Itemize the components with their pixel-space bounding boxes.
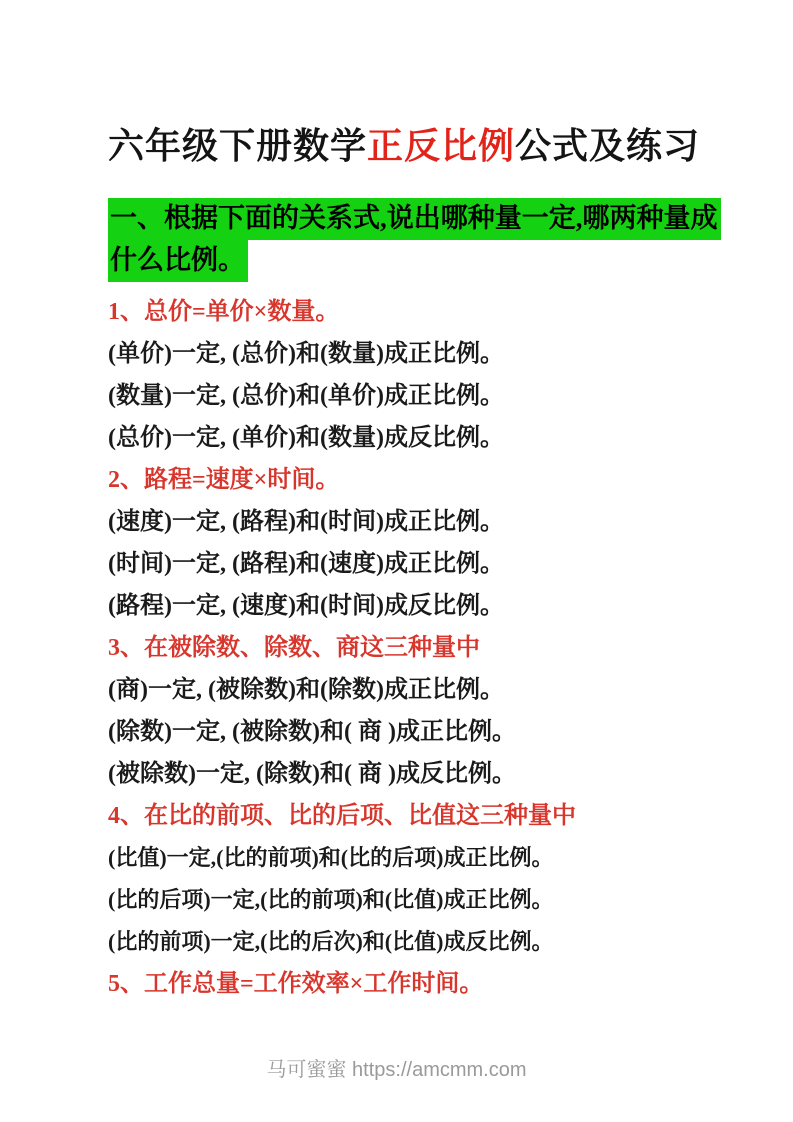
section-2-line-2: (时间)一定, (路程)和(速度)成正比例。 <box>108 543 687 585</box>
section-1-line-1: (单价)一定, (总价)和(数量)成正比例。 <box>108 333 687 375</box>
section-1-line-3: (总价)一定, (单价)和(数量)成反比例。 <box>108 417 687 459</box>
section-2-line-3: (路程)一定, (速度)和(时间)成反比例。 <box>108 585 687 627</box>
section-3-line-1: (商)一定, (被除数)和(除数)成正比例。 <box>108 669 687 711</box>
title-segment-highlight: 正反比例 <box>367 125 515 166</box>
page-title: 六年级下册数学正反比例公式及练习 <box>108 0 687 172</box>
section-1-heading: 1、总价=单价×数量。 <box>108 291 687 333</box>
section-1-line-2: (数量)一定, (总价)和(单价)成正比例。 <box>108 375 687 417</box>
title-segment-post: 公式及练习 <box>515 125 700 166</box>
section-4-line-3: (比的前项)一定,(比的后次)和(比值)成反比例。 <box>108 921 687 963</box>
section-5-heading: 5、工作总量=工作效率×工作时间。 <box>108 963 687 1005</box>
section-3-heading: 3、在被除数、除数、商这三种量中 <box>108 627 687 669</box>
title-segment-pre: 六年级下册数学 <box>108 125 367 166</box>
page-content: 六年级下册数学正反比例公式及练习 一、根据下面的关系式,说出哪种量一定,哪两种量… <box>0 0 793 1005</box>
worksheet-page: 六年级下册数学正反比例公式及练习 一、根据下面的关系式,说出哪种量一定,哪两种量… <box>0 0 793 1122</box>
instruction-line-1: 一、根据下面的关系式,说出哪种量一定,哪两种量成 <box>108 198 721 240</box>
section-4-line-1: (比值)一定,(比的前项)和(比的后项)成正比例。 <box>108 837 687 879</box>
footer-watermark: 马可蜜蜜 https://amcmm.com <box>0 1053 793 1082</box>
section-3-line-3: (被除数)一定, (除数)和( 商 )成反比例。 <box>108 753 687 795</box>
section-2-line-1: (速度)一定, (路程)和(时间)成正比例。 <box>108 501 687 543</box>
instruction-line-2: 什么比例。 <box>108 240 248 282</box>
sections-list: 1、总价=单价×数量。 (单价)一定, (总价)和(数量)成正比例。 (数量)一… <box>108 291 687 1005</box>
section-4-line-2: (比的后项)一定,(比的前项)和(比值)成正比例。 <box>108 879 687 921</box>
instruction-heading: 一、根据下面的关系式,说出哪种量一定,哪两种量成 什么比例。 <box>108 198 687 282</box>
section-3-line-2: (除数)一定, (被除数)和( 商 )成正比例。 <box>108 711 687 753</box>
section-2-heading: 2、路程=速度×时间。 <box>108 459 687 501</box>
section-4-heading: 4、在比的前项、比的后项、比值这三种量中 <box>108 795 687 837</box>
